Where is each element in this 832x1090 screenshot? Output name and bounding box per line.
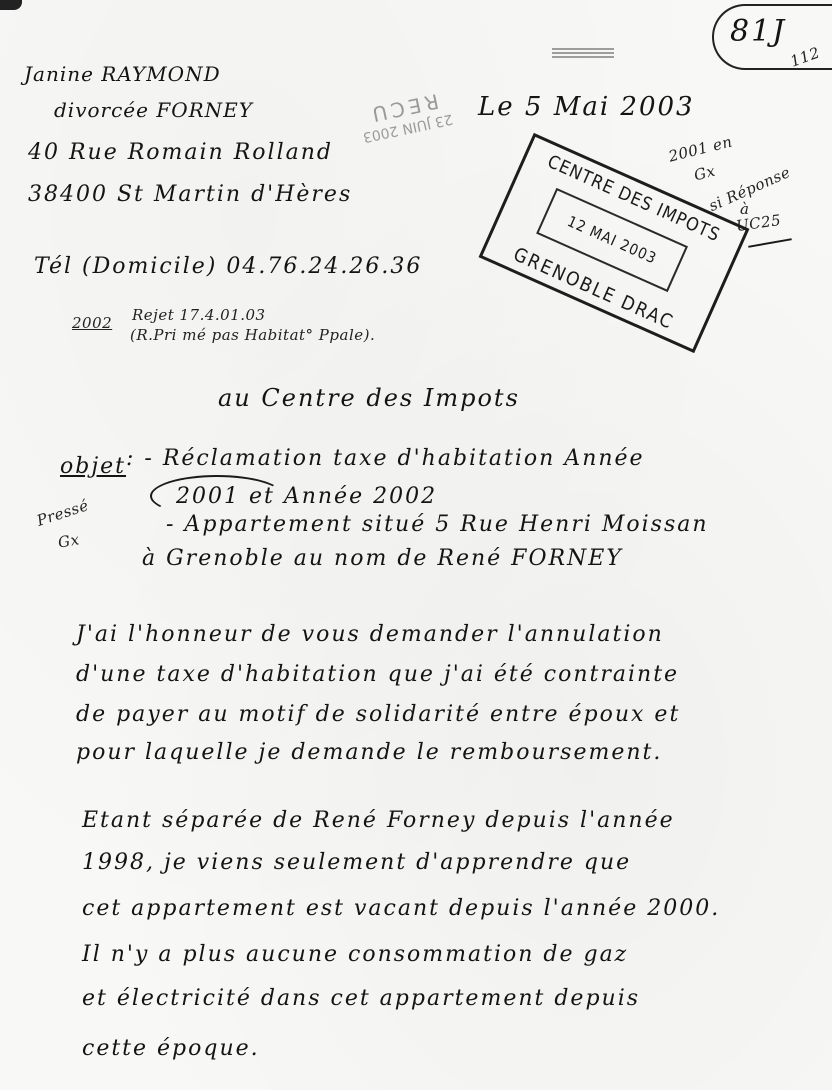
subject-line-1: : - Réclamation taxe d'habitation Année [126, 446, 645, 471]
received-stamp: 23 JUIN 2003 RECU [357, 89, 455, 147]
body-p1-line-3: de payer au motif de solidarité entre ép… [76, 702, 680, 727]
margin-note-right-1: 2001 en [667, 132, 734, 165]
annotation-2002-label: 2002 [72, 314, 112, 332]
subject-margin-note-2: Gx [57, 530, 81, 551]
subject-line-2: 2001 et Année 2002 [176, 484, 437, 509]
sender-street: 40 Rue Romain Rolland [28, 140, 333, 165]
body-p1-line-2: d'une taxe d'habitation que j'ai été con… [76, 662, 679, 687]
body-p1-line-1: J'ai l'honneur de vous demander l'annula… [76, 622, 664, 647]
margin-note-right-2: Gx [692, 162, 717, 185]
recipient-line: au Centre des Impots [218, 384, 520, 412]
sender-name: Janine RAYMOND [24, 62, 221, 86]
margin-note-underline [748, 238, 792, 248]
letter-date: Le 5 Mai 2003 [478, 92, 695, 122]
body-p1-line-4: pour laquelle je demande le remboursemen… [76, 740, 662, 765]
body-p2-line-5: et électricité dans cet appartement depu… [82, 986, 640, 1011]
sender-city: 38400 St Martin d'Hères [28, 182, 352, 207]
annotation-2002-line2: (R.Pri mé pas Habitat° Ppale). [130, 326, 375, 344]
annotation-2002-line1: Rejet 17.4.01.03 [132, 306, 266, 324]
body-p2-line-4: Il n'y a plus aucune consommation de gaz [82, 942, 628, 967]
subject-label: objet [60, 454, 126, 479]
sender-phone: Tél (Domicile) 04.76.24.26.36 [34, 254, 422, 279]
body-p2-line-1: Etant séparée de René Forney depuis l'an… [82, 808, 675, 833]
reference-mark: 81J [730, 14, 786, 49]
scan-corner-mark [0, 0, 22, 10]
subject-line-3: - Appartement situé 5 Rue Henri Moissan [166, 512, 709, 537]
subject-line-4: à Grenoble au nom de René FORNEY [142, 546, 623, 571]
body-p2-line-3: cet appartement est vacant depuis l'anné… [82, 896, 720, 921]
subject-margin-note-1: Pressé [35, 496, 91, 530]
margin-note-right-3: si Réponse [706, 163, 793, 215]
letter-page: 81J 112 Janine RAYMOND divorcée FORNEY 4… [0, 0, 832, 1090]
body-p2-line-2: 1998, je viens seulement d'apprendre que [82, 850, 631, 875]
sender-status: divorcée FORNEY [54, 98, 253, 122]
smudge-mark [552, 48, 614, 58]
body-p2-line-6: cette époque. [82, 1036, 260, 1061]
